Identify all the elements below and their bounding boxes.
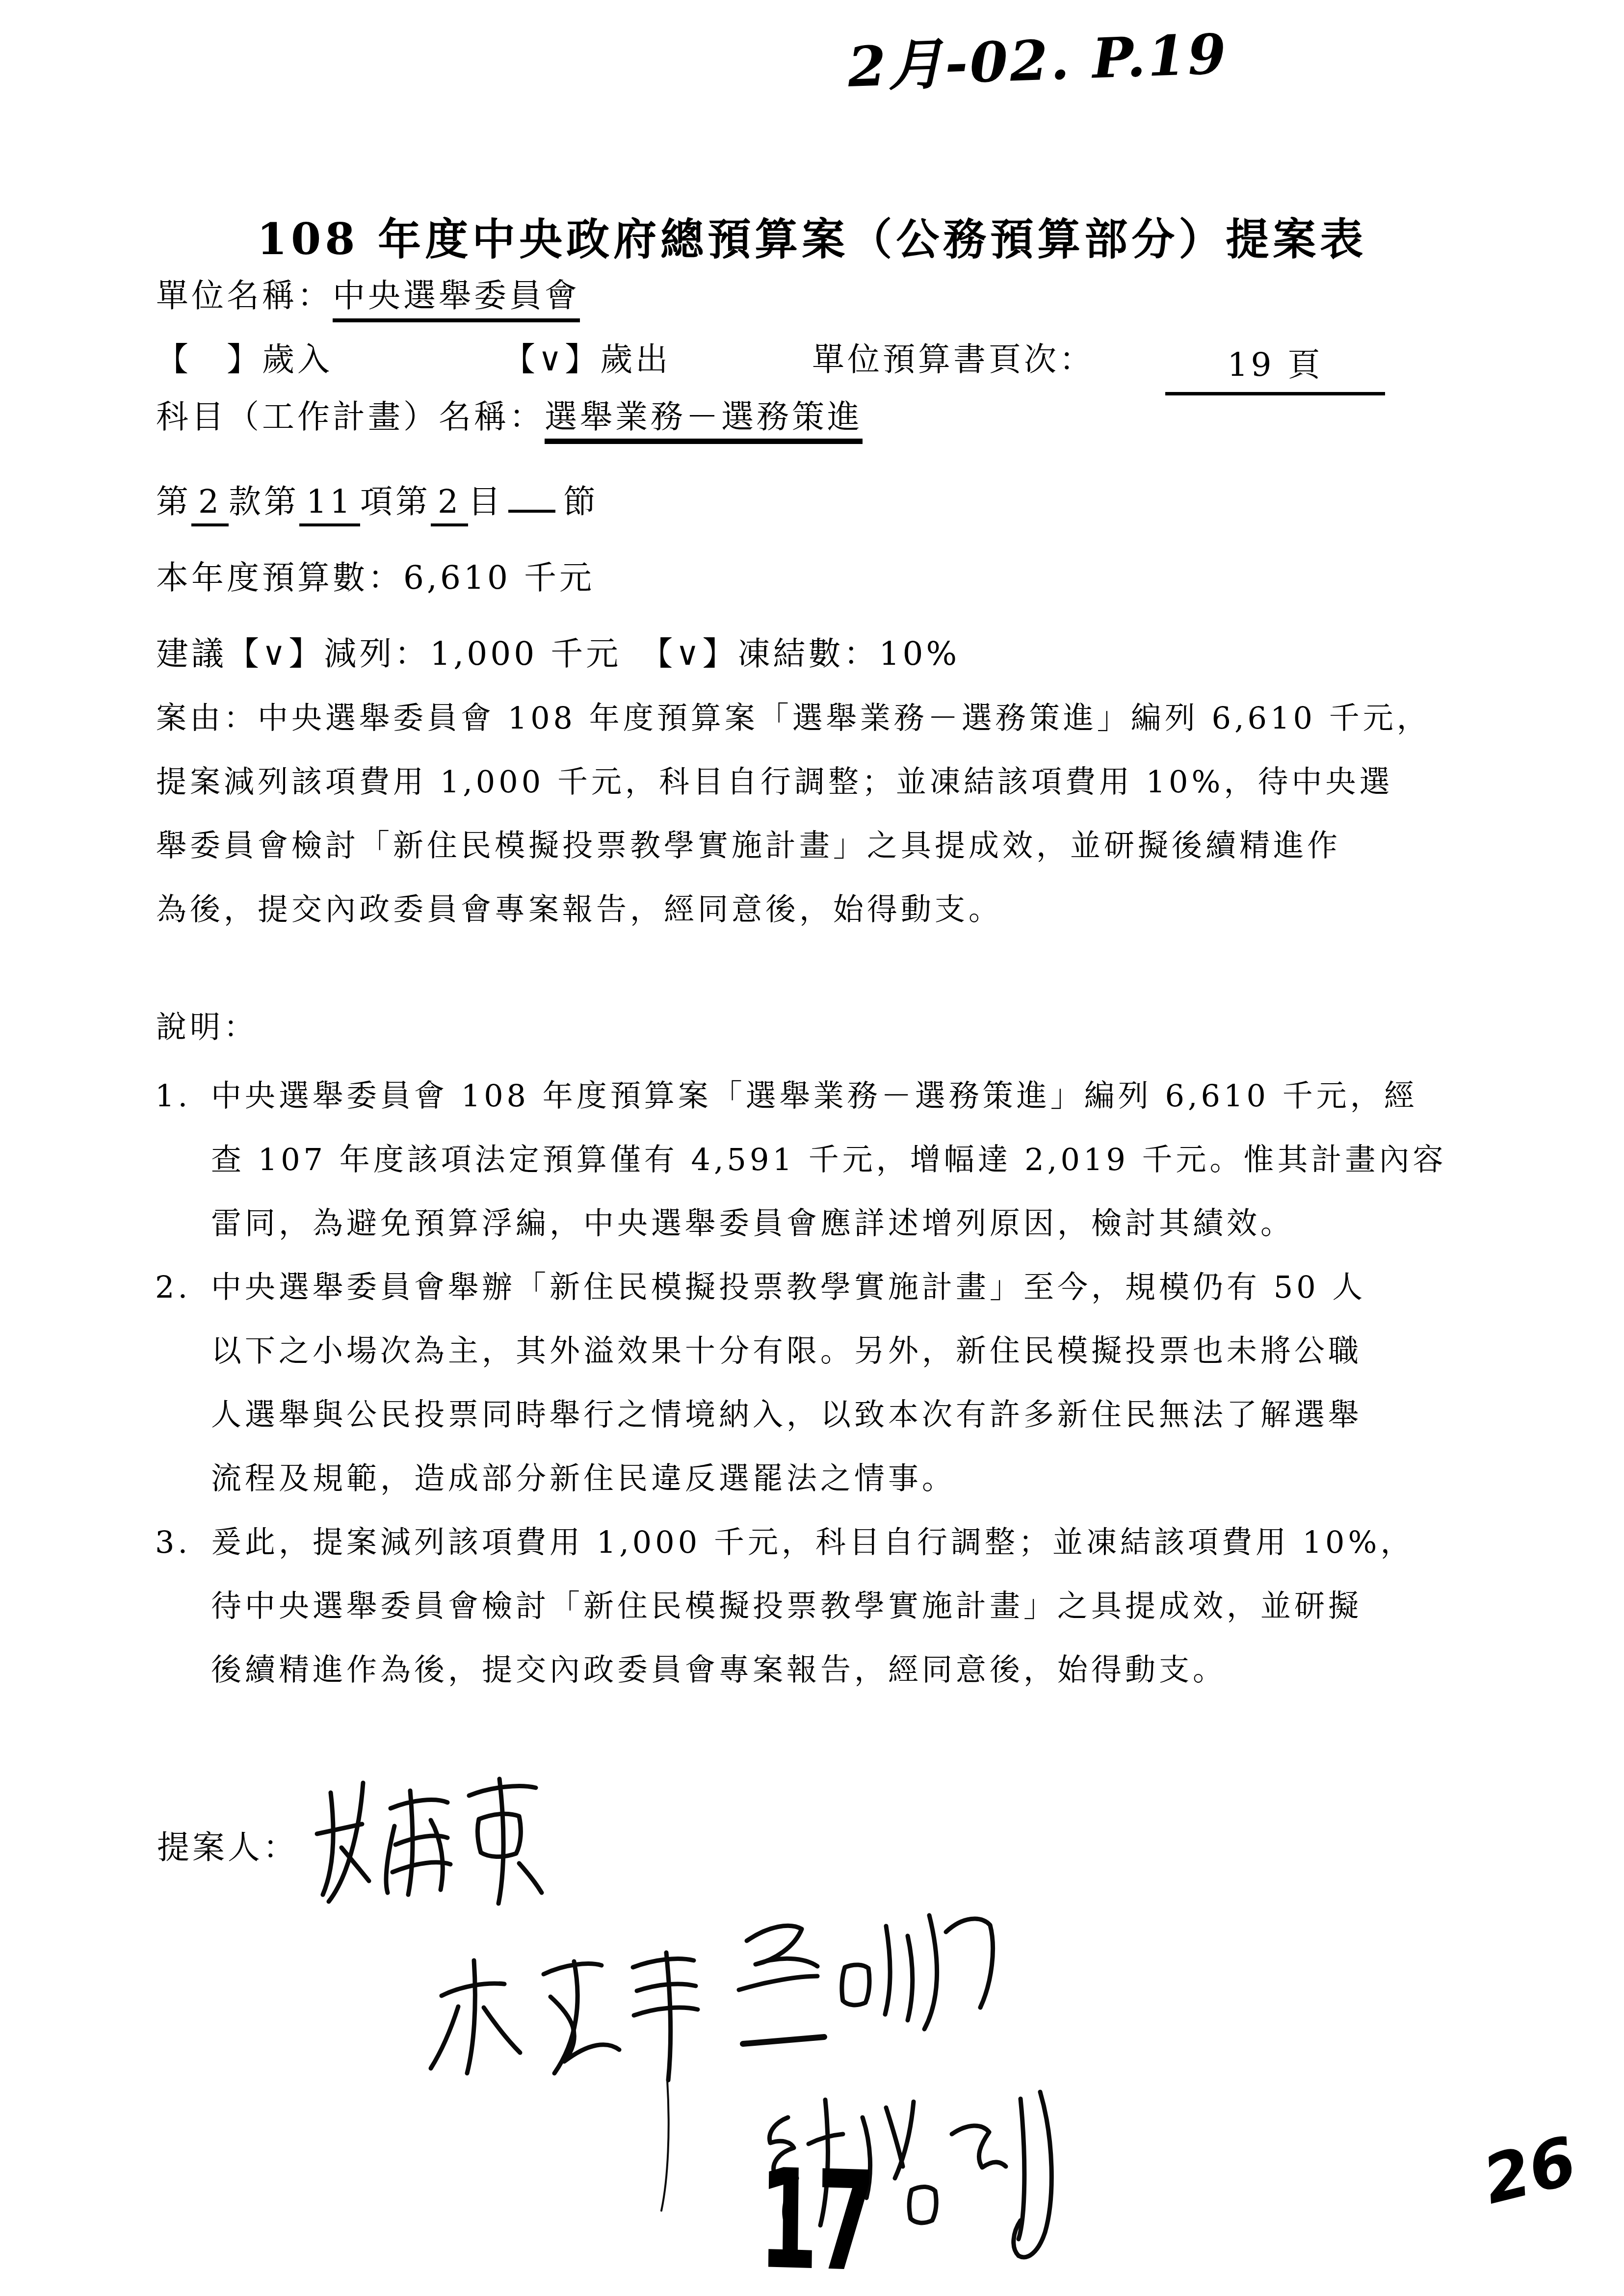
clause-number-kuan: 2 <box>191 483 229 526</box>
explanation-heading: 說明： <box>156 1010 258 1044</box>
explanation-line: 待中央選舉委員會檢討「新住民模擬投票教學實施計畫」之具提成效，並研擬 <box>211 1589 1362 1623</box>
subject-row: 科目（工作計畫）名稱：選舉業務－選務策進 <box>156 398 863 436</box>
case-line: 為後，提交內政委員會專案報告，經同意後，始得動支。 <box>156 892 1002 927</box>
clause-text: 款第 <box>229 483 299 521</box>
unit-name-value: 中央選舉委員會 <box>333 277 580 322</box>
handwritten-note: 2月-02. P.19 <box>846 10 1229 103</box>
clause-text: 目 <box>468 483 503 521</box>
signature-scribble-2 <box>427 1933 711 2222</box>
handwritten-page-number: 17 <box>758 2158 874 2285</box>
checkbox-expenditure: 【∨】歲出 <box>503 341 671 378</box>
page-title: 108 年度中央政府總預算案（公務預算部分）提案表 <box>0 205 1624 267</box>
clause-blank-underline <box>508 484 555 513</box>
explanation-item-number: 2. <box>155 1270 191 1305</box>
explanation-line: 爰此，提案減列該項費用 1,000 千元，科目自行調整；並凍結該項費用 10%， <box>211 1525 1414 1560</box>
case-line: 提案減列該項費用 1,000 千元，科目自行調整；並凍結該項費用 10%，待中央… <box>156 764 1393 799</box>
signature-scribble-3 <box>721 1894 1016 2085</box>
checkbox-revenue: 【 】歲入 <box>156 341 333 378</box>
explanation-item-number: 1. <box>155 1078 191 1113</box>
explanation-line: 以下之小場次為主，其外溢效果十分有限。另外，新住民模擬投票也未將公職 <box>211 1333 1362 1368</box>
subject-value: 選舉業務－選務策進 <box>545 398 863 444</box>
handwritten-corner-number: 26 <box>1476 2123 1584 2219</box>
explanation-line: 中央選舉委員會 108 年度預算案「選舉業務－選務策進」編列 6,610 千元，… <box>211 1078 1418 1113</box>
case-line: 舉委員會檢討「新住民模擬投票教學實施計畫」之具提成效，並研擬後續精進作 <box>156 828 1341 863</box>
explanation-line: 流程及規範，造成部分新住民違反選罷法之情事。 <box>211 1461 956 1496</box>
signature-scribble-1 <box>314 1761 569 1913</box>
explanation-line: 雷同，為避免預算浮編，中央選舉委員會應詳述增列原因，檢討其績效。 <box>211 1206 1294 1241</box>
explanation-line: 人選舉與公民投票同時舉行之情境納入，以致本次有許多新住民無法了解選舉 <box>211 1397 1362 1432</box>
clause-text: 節 <box>563 483 599 521</box>
unit-name-label: 單位名稱： <box>156 277 333 314</box>
proposer-label: 提案人： <box>157 1829 298 1866</box>
explanation-line: 中央選舉委員會舉辦「新住民模擬投票教學實施計畫」至今，規模仍有 50 人 <box>211 1270 1366 1305</box>
clause-number-xiang: 11 <box>299 483 360 526</box>
clause-number-mu: 2 <box>431 483 468 526</box>
explanation-item-number: 3. <box>155 1525 191 1560</box>
explanation-line: 查 107 年度該項法定預算僅有 4,591 千元，增幅達 2,019 千元。惟… <box>211 1142 1447 1177</box>
clause-row: 第2款第11項第2目節 <box>156 483 599 521</box>
subject-label: 科目（工作計畫）名稱： <box>156 398 545 436</box>
scanned-budget-proposal-form: 2月-02. P.19 108 年度中央政府總預算案（公務預算部分）提案表 單位… <box>0 0 1624 2296</box>
budget-page-label: 單位預算書頁次： <box>812 341 1095 378</box>
unit-name-row: 單位名稱：中央選舉委員會 <box>156 277 580 314</box>
explanation-line: 後續精進作為後，提交內政委員會專案報告，經同意後，始得動支。 <box>211 1652 1227 1687</box>
budget-amount-line: 本年度預算數：6,610 千元 <box>156 559 595 597</box>
clause-text: 項第 <box>360 483 431 521</box>
proposal-line: 建議【∨】減列：1,000 千元 【∨】凍結數：10% <box>156 635 960 673</box>
case-line: 案由：中央選舉委員會 108 年度預算案「選舉業務－選務策進」編列 6,610 … <box>156 701 1431 735</box>
budget-page-value: 19 頁 <box>1165 339 1385 395</box>
clause-text: 第 <box>156 483 191 521</box>
